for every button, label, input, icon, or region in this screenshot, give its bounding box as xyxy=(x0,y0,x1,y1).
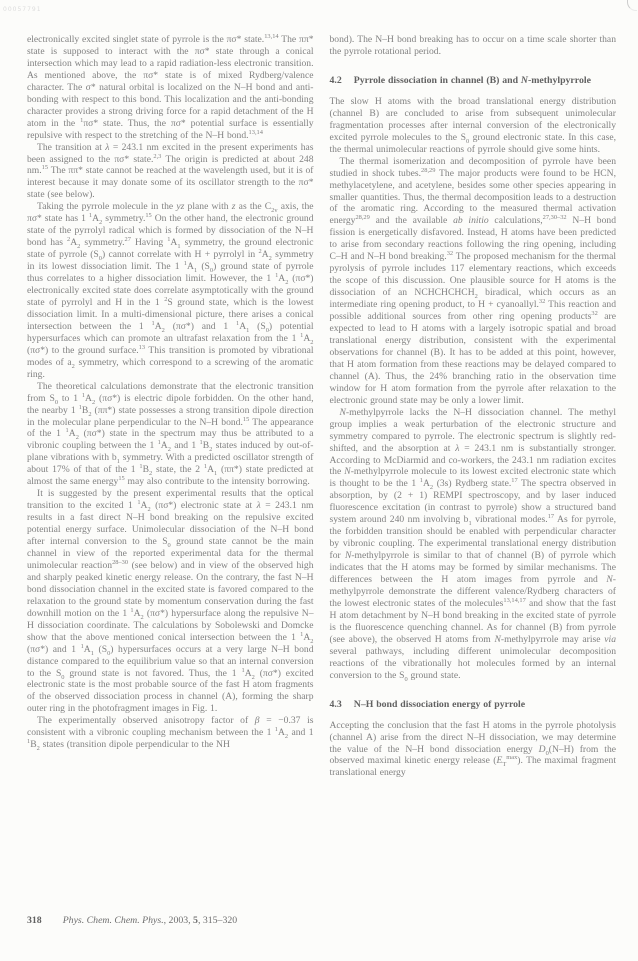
scan-corner-artifact xyxy=(627,0,637,11)
page-footer: 318Phys. Chem. Chem. Phys., 2003, 5, 315… xyxy=(27,915,237,926)
section-title: N–H bond dissociation energy of pyrrole xyxy=(354,699,525,710)
paragraph: bond). The N–H bond breaking has to occu… xyxy=(330,34,617,58)
section-heading-4-2: 4.2Pyrrole dissociation in channel (B) a… xyxy=(330,75,617,87)
paragraph: Accepting the conclusion that the fast H… xyxy=(330,720,617,780)
right-column: bond). The N–H bond breaking has to occu… xyxy=(330,34,617,779)
paragraph: The theoretical calculations demonstrate… xyxy=(27,381,314,489)
section-heading-4-3: 4.3N–H bond dissociation energy of pyrro… xyxy=(330,699,617,711)
scan-watermark: 00057791 xyxy=(3,6,42,13)
paragraph: The thermal isomerization and decomposit… xyxy=(330,156,617,407)
page-number: 318 xyxy=(27,915,42,926)
paragraph: The slow H atoms with the broad translat… xyxy=(330,96,617,156)
paragraph: The experimentally observed anisotropy f… xyxy=(27,715,314,751)
paragraph: It is suggested by the present experimen… xyxy=(27,488,314,715)
journal-citation: Phys. Chem. Chem. Phys., 2003, 5, 315–32… xyxy=(63,915,237,926)
journal-page: 00057791 electronically excited singlet … xyxy=(0,0,638,961)
section-number: 4.3 xyxy=(330,699,342,710)
paragraph: N-methylpyrrole lacks the N–H dissociati… xyxy=(330,407,617,682)
section-number: 4.2 xyxy=(330,75,342,86)
paragraph: The transition at λ = 243.1 nm excited i… xyxy=(27,142,314,202)
section-title: Pyrrole dissociation in channel (B) and … xyxy=(354,75,591,86)
paragraph: electronically excited singlet state of … xyxy=(27,34,314,142)
left-column: electronically excited singlet state of … xyxy=(27,34,314,779)
paragraph: Taking the pyrrole molecule in the yz pl… xyxy=(27,201,314,380)
two-column-text: electronically excited singlet state of … xyxy=(27,34,616,779)
